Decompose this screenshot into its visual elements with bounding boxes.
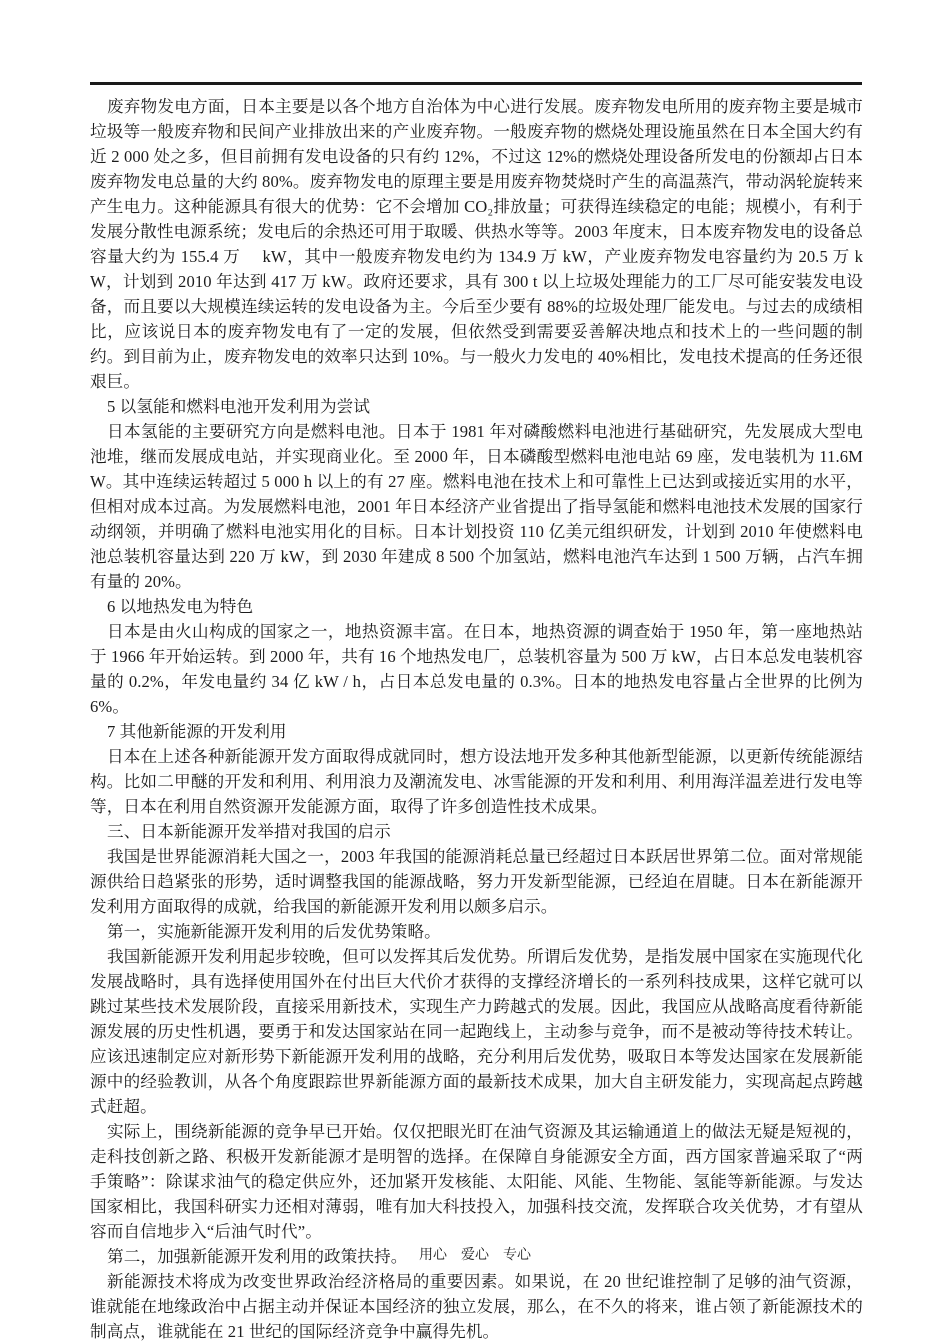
page-footer: 用心 爱心 专心 <box>0 1244 950 1264</box>
heading-section-5-hydrogen-fuel-cell: 5 以氢能和燃料电池开发利用为尝试 <box>90 394 863 419</box>
heading-section-6-geothermal: 6 以地热发电为特色 <box>90 594 863 619</box>
heading-section-3-inspiration-for-china: 三、日本新能源开发举措对我国的启示 <box>90 819 863 844</box>
document-page: 废弃物发电方面，日本主要是以各个地方自治体为中心进行发展。废弃物发电所用的废弃物… <box>0 0 950 1344</box>
paragraph-new-energy-competition: 实际上，围绕新能源的竞争早已开始。仅仅把眼光盯在油气资源及其运输通道上的做法无疑… <box>90 1119 863 1244</box>
paragraph-china-energy-consumption: 我国是世界能源消耗大国之一，2003 年我国的能源消耗总量已经超过日本跃居世界第… <box>90 844 863 919</box>
paragraph-policy-support: 新能源技术将成为改变世界政治经济格局的重要因素。如果说，在 20 世纪谁控制了足… <box>90 1269 863 1344</box>
paragraph-fuel-cell: 日本氢能的主要研究方向是燃料电池。日本于 1981 年对磷酸燃料电池进行基础研究… <box>90 419 863 594</box>
paragraph-other-new-energy: 日本在上述各种新能源开发方面取得成就同时，想方设法地开发多种其他新型能源，以更新… <box>90 744 863 819</box>
document-body: 废弃物发电方面，日本主要是以各个地方自治体为中心进行发展。废弃物发电所用的废弃物… <box>90 94 863 1344</box>
heading-first-latecomer-advantage: 第一，实施新能源开发利用的后发优势策略。 <box>90 919 863 944</box>
heading-section-7-other-new-energy: 7 其他新能源的开发利用 <box>90 719 863 744</box>
paragraph-latecomer-advantage: 我国新能源开发利用起步较晚，但可以发挥其后发优势。所谓后发优势，是指发展中国家在… <box>90 944 863 1119</box>
header-rule <box>90 82 862 85</box>
paragraph-geothermal: 日本是由火山构成的国家之一，地热资源丰富。在日本，地热资源的调查始于 1950 … <box>90 619 863 719</box>
paragraph-waste-power: 废弃物发电方面，日本主要是以各个地方自治体为中心进行发展。废弃物发电所用的废弃物… <box>90 94 863 394</box>
